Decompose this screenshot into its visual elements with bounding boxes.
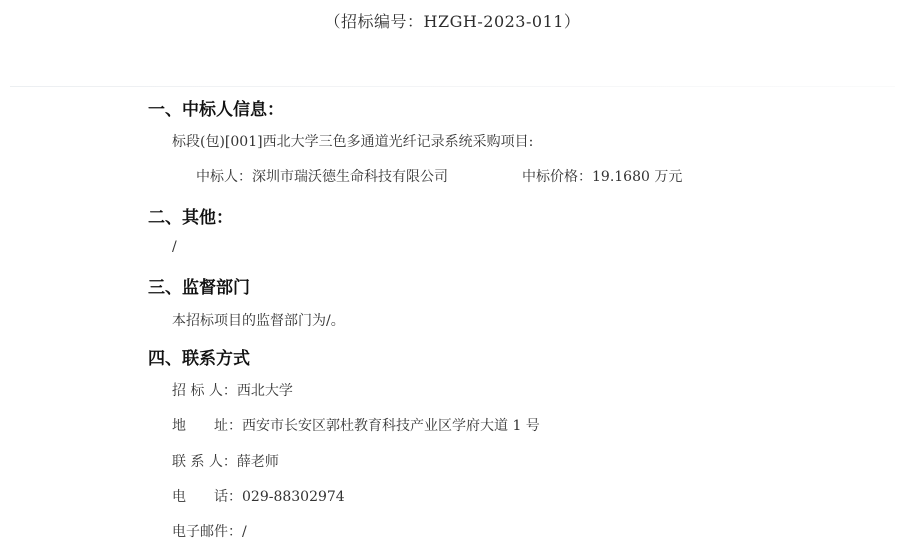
contact-label: 招 标 人： [172, 380, 237, 400]
contact-label: 联 系 人： [172, 451, 237, 471]
contact-label: 电子邮件： [172, 521, 242, 541]
contact-label: 电 话： [172, 486, 242, 506]
price-label: 中标价格： [522, 169, 592, 185]
section-heading-supervision: 三、监督部门 [148, 273, 250, 298]
contact-value: 029-88302974 [242, 489, 345, 505]
contact-row-address: 地 址：西安市长安区郭杜教育科技产业区学府大道 1 号 [172, 415, 540, 435]
contact-row-person: 联 系 人：薛老师 [172, 451, 279, 471]
contact-row-tenderer: 招 标 人：西北大学 [172, 380, 293, 400]
supervision-content: 本招标项目的监督部门为/。 [172, 310, 345, 330]
winner-label: 中标人： [196, 169, 252, 185]
contact-value: / [242, 524, 247, 540]
contact-row-email: 电子邮件：/ [172, 521, 247, 541]
other-content: / [172, 239, 177, 255]
section-heading-winner-info: 一、中标人信息： [148, 95, 284, 120]
section-heading-other: 二、其他： [148, 203, 233, 228]
scan-artifact-divider [10, 86, 895, 87]
contact-value: 西安市长安区郭杜教育科技产业区学府大道 1 号 [242, 418, 540, 434]
price-value: 19.1680 万元 [592, 169, 682, 185]
section-heading-contact: 四、联系方式 [148, 344, 250, 369]
tender-number: （招标编号：HZGH-2023-011） [0, 9, 905, 32]
contact-label: 地 址： [172, 415, 242, 435]
contact-value: 薛老师 [237, 454, 279, 470]
contact-value: 西北大学 [237, 383, 293, 399]
contact-row-phone: 电 话：029-88302974 [172, 486, 345, 506]
price-group: 中标价格：19.1680 万元 [522, 166, 682, 186]
winner-name: 深圳市瑞沃德生命科技有限公司 [252, 169, 448, 185]
winner-row: 中标人：深圳市瑞沃德生命科技有限公司 中标价格：19.1680 万元 [196, 166, 796, 186]
lot-description: 标段(包)[001]西北大学三色多通道光纤记录系统采购项目: [172, 131, 533, 151]
